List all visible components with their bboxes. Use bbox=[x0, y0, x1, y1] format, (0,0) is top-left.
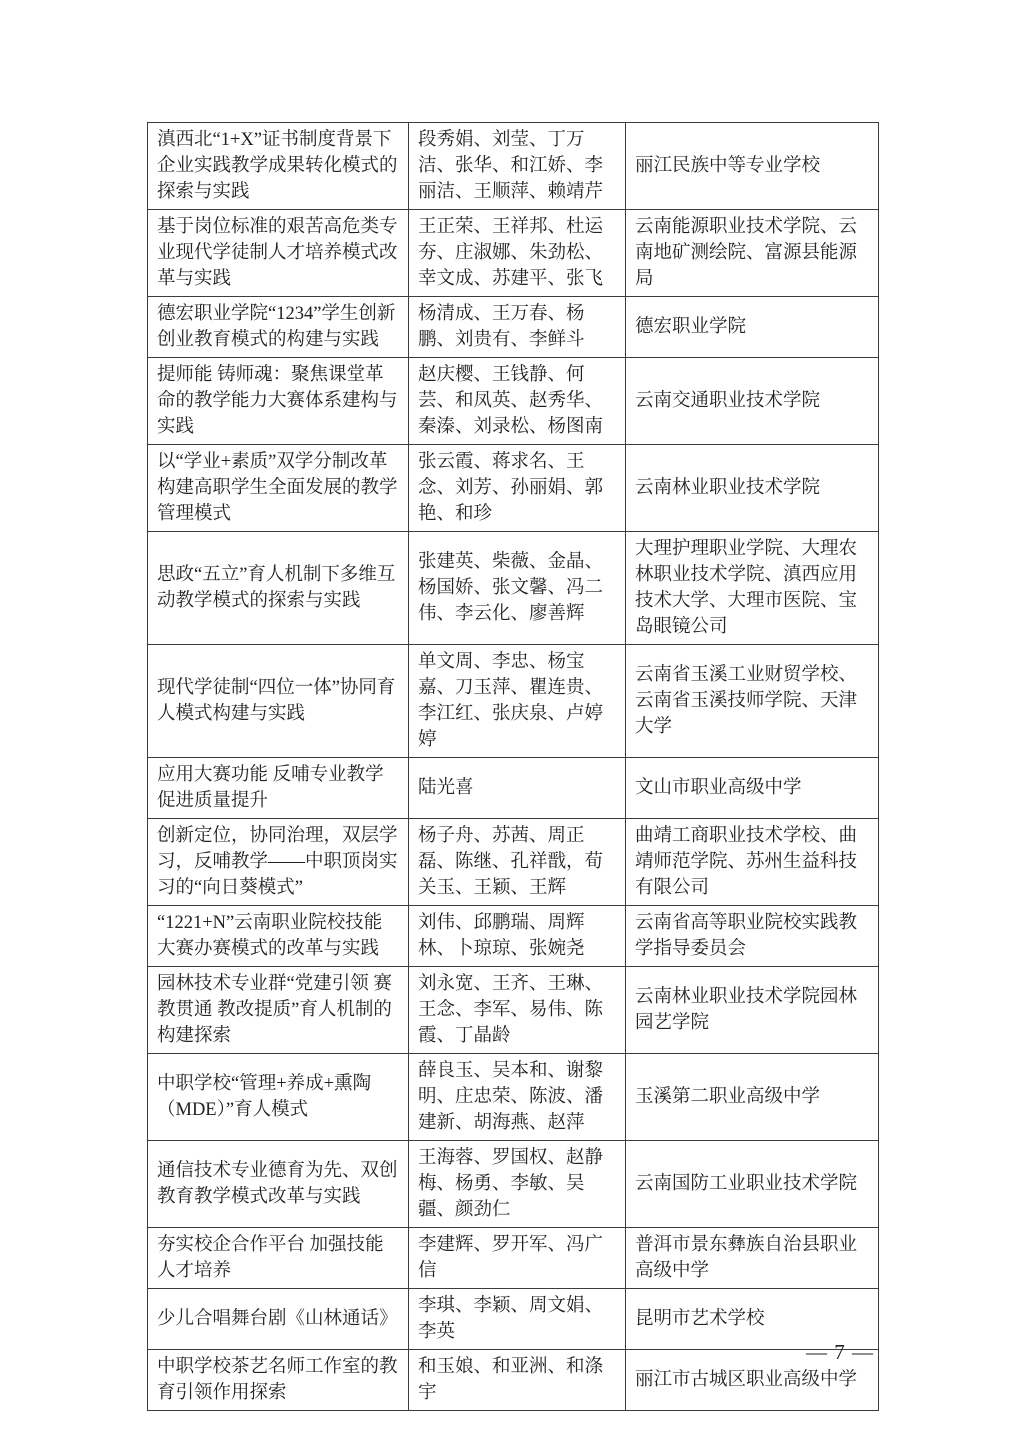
table-row: 应用大赛功能 反哺专业教学 促进质量提升陆光喜文山市职业高级中学 bbox=[148, 758, 879, 819]
cell-project-title: 德宏职业学院“1234”学生创新创业教育模式的构建与实践 bbox=[148, 297, 409, 358]
cell-project-title: 创新定位，协同治理，双层学习，反哺教学——中职顶岗实习的“向日葵模式” bbox=[148, 819, 409, 906]
cell-authors: 刘永宽、王齐、王琳、王念、李军、易伟、陈霞、丁晶龄 bbox=[409, 967, 626, 1054]
cell-project-title: 基于岗位标准的艰苦高危类专业现代学徒制人才培养模式改革与实践 bbox=[148, 210, 409, 297]
cell-institution: 丽江民族中等专业学校 bbox=[626, 123, 879, 210]
cell-project-title: “1221+N”云南职业院校技能大赛办赛模式的改革与实践 bbox=[148, 906, 409, 967]
cell-project-title: 少儿合唱舞台剧《山林通话》 bbox=[148, 1289, 409, 1350]
awards-table: 滇西北“1+X”证书制度背景下企业实践教学成果转化模式的探索与实践段秀娟、刘莹、… bbox=[147, 122, 879, 1411]
cell-institution: 云南交通职业技术学院 bbox=[626, 358, 879, 445]
cell-institution: 玉溪第二职业高级中学 bbox=[626, 1054, 879, 1141]
cell-institution: 云南能源职业技术学院、云南地矿测绘院、富源县能源局 bbox=[626, 210, 879, 297]
cell-authors: 单文周、李忠、杨宝嘉、刀玉萍、瞿连贵、李江红、张庆泉、卢婷婷 bbox=[409, 645, 626, 758]
cell-project-title: 中职学校茶艺名师工作室的教育引领作用探索 bbox=[148, 1350, 409, 1411]
cell-authors: 和玉娘、和亚洲、和涤宇 bbox=[409, 1350, 626, 1411]
cell-authors: 李建辉、罗开军、冯广信 bbox=[409, 1228, 626, 1289]
cell-project-title: 通信技术专业德育为先、双创教育教学模式改革与实践 bbox=[148, 1141, 409, 1228]
document-page: 滇西北“1+X”证书制度背景下企业实践教学成果转化模式的探索与实践段秀娟、刘莹、… bbox=[0, 0, 1024, 1448]
table-row: “1221+N”云南职业院校技能大赛办赛模式的改革与实践刘伟、邱鹏瑞、周辉林、卜… bbox=[148, 906, 879, 967]
cell-authors: 王海蓉、罗国权、赵静梅、杨勇、李敏、吴疆、颜劲仁 bbox=[409, 1141, 626, 1228]
cell-authors: 刘伟、邱鹏瑞、周辉林、卜琼琼、张婉尧 bbox=[409, 906, 626, 967]
cell-project-title: 滇西北“1+X”证书制度背景下企业实践教学成果转化模式的探索与实践 bbox=[148, 123, 409, 210]
cell-authors: 杨清成、王万春、杨鹏、刘贵有、李鲜斗 bbox=[409, 297, 626, 358]
table-row: 夯实校企合作平台 加强技能人才培养李建辉、罗开军、冯广信普洱市景东彝族自治县职业… bbox=[148, 1228, 879, 1289]
table-row: 滇西北“1+X”证书制度背景下企业实践教学成果转化模式的探索与实践段秀娟、刘莹、… bbox=[148, 123, 879, 210]
table-row: 园林技术专业群“党建引领 赛教贯通 教改提质”育人机制的构建探索刘永宽、王齐、王… bbox=[148, 967, 879, 1054]
cell-institution: 云南国防工业职业技术学院 bbox=[626, 1141, 879, 1228]
cell-project-title: 园林技术专业群“党建引领 赛教贯通 教改提质”育人机制的构建探索 bbox=[148, 967, 409, 1054]
table-row: 德宏职业学院“1234”学生创新创业教育模式的构建与实践杨清成、王万春、杨鹏、刘… bbox=[148, 297, 879, 358]
cell-authors: 薛良玉、吴本和、谢黎明、庄忠荣、陈波、潘建新、胡海燕、赵萍 bbox=[409, 1054, 626, 1141]
cell-institution: 德宏职业学院 bbox=[626, 297, 879, 358]
table-row: 创新定位，协同治理，双层学习，反哺教学——中职顶岗实习的“向日葵模式”杨子舟、苏… bbox=[148, 819, 879, 906]
cell-institution: 云南林业职业技术学院园林园艺学院 bbox=[626, 967, 879, 1054]
table-row: 基于岗位标准的艰苦高危类专业现代学徒制人才培养模式改革与实践王正荣、王祥邦、杜运… bbox=[148, 210, 879, 297]
table-row: 少儿合唱舞台剧《山林通话》李琪、李颖、周文娟、李英昆明市艺术学校 bbox=[148, 1289, 879, 1350]
cell-institution: 云南林业职业技术学院 bbox=[626, 445, 879, 532]
cell-authors: 段秀娟、刘莹、丁万洁、张华、和江娇、李丽洁、王顺萍、赖靖芹 bbox=[409, 123, 626, 210]
page-number: — 7 — bbox=[790, 1340, 890, 1365]
cell-authors: 陆光喜 bbox=[409, 758, 626, 819]
cell-institution: 大理护理职业学院、大理农林职业技术学院、滇西应用技术大学、大理市医院、宝岛眼镜公… bbox=[626, 532, 879, 645]
table-row: 提师能 铸师魂：聚焦课堂革命的教学能力大赛体系建构与实践赵庆樱、王钱静、何芸、和… bbox=[148, 358, 879, 445]
cell-project-title: 应用大赛功能 反哺专业教学 促进质量提升 bbox=[148, 758, 409, 819]
cell-project-title: 现代学徒制“四位一体”协同育人模式构建与实践 bbox=[148, 645, 409, 758]
table-row: 中职学校茶艺名师工作室的教育引领作用探索和玉娘、和亚洲、和涤宇丽江市古城区职业高… bbox=[148, 1350, 879, 1411]
cell-institution: 文山市职业高级中学 bbox=[626, 758, 879, 819]
cell-authors: 王正荣、王祥邦、杜运夯、庄淑娜、朱劲松、幸文成、苏建平、张飞 bbox=[409, 210, 626, 297]
table-row: 思政“五立”育人机制下多维互动教学模式的探索与实践张建英、柴薇、金晶、杨国娇、张… bbox=[148, 532, 879, 645]
cell-authors: 张云霞、蒋求名、王念、刘芳、孙丽娟、郭艳、和珍 bbox=[409, 445, 626, 532]
cell-institution: 普洱市景东彝族自治县职业高级中学 bbox=[626, 1228, 879, 1289]
cell-project-title: 夯实校企合作平台 加强技能人才培养 bbox=[148, 1228, 409, 1289]
awards-table-body: 滇西北“1+X”证书制度背景下企业实践教学成果转化模式的探索与实践段秀娟、刘莹、… bbox=[148, 123, 879, 1411]
cell-project-title: 思政“五立”育人机制下多维互动教学模式的探索与实践 bbox=[148, 532, 409, 645]
cell-authors: 张建英、柴薇、金晶、杨国娇、张文馨、冯二伟、李云化、廖善辉 bbox=[409, 532, 626, 645]
cell-authors: 赵庆樱、王钱静、何芸、和凤英、赵秀华、秦溱、刘录松、杨图南 bbox=[409, 358, 626, 445]
cell-institution: 云南省高等职业院校实践教学指导委员会 bbox=[626, 906, 879, 967]
cell-authors: 杨子舟、苏茜、周正磊、陈继、孔祥戬，荀关玉、王颖、王辉 bbox=[409, 819, 626, 906]
cell-project-title: 提师能 铸师魂：聚焦课堂革命的教学能力大赛体系建构与实践 bbox=[148, 358, 409, 445]
table-row: 以“学业+素质”双学分制改革构建高职学生全面发展的教学管理模式张云霞、蒋求名、王… bbox=[148, 445, 879, 532]
table-row: 现代学徒制“四位一体”协同育人模式构建与实践单文周、李忠、杨宝嘉、刀玉萍、瞿连贵… bbox=[148, 645, 879, 758]
table-row: 通信技术专业德育为先、双创教育教学模式改革与实践王海蓉、罗国权、赵静梅、杨勇、李… bbox=[148, 1141, 879, 1228]
table-row: 中职学校“管理+养成+熏陶（MDE）”育人模式薛良玉、吴本和、谢黎明、庄忠荣、陈… bbox=[148, 1054, 879, 1141]
cell-institution: 曲靖工商职业技术学校、曲靖师范学院、苏州生益科技有限公司 bbox=[626, 819, 879, 906]
cell-authors: 李琪、李颖、周文娟、李英 bbox=[409, 1289, 626, 1350]
cell-institution: 云南省玉溪工业财贸学校、云南省玉溪技师学院、天津大学 bbox=[626, 645, 879, 758]
cell-project-title: 中职学校“管理+养成+熏陶（MDE）”育人模式 bbox=[148, 1054, 409, 1141]
cell-project-title: 以“学业+素质”双学分制改革构建高职学生全面发展的教学管理模式 bbox=[148, 445, 409, 532]
